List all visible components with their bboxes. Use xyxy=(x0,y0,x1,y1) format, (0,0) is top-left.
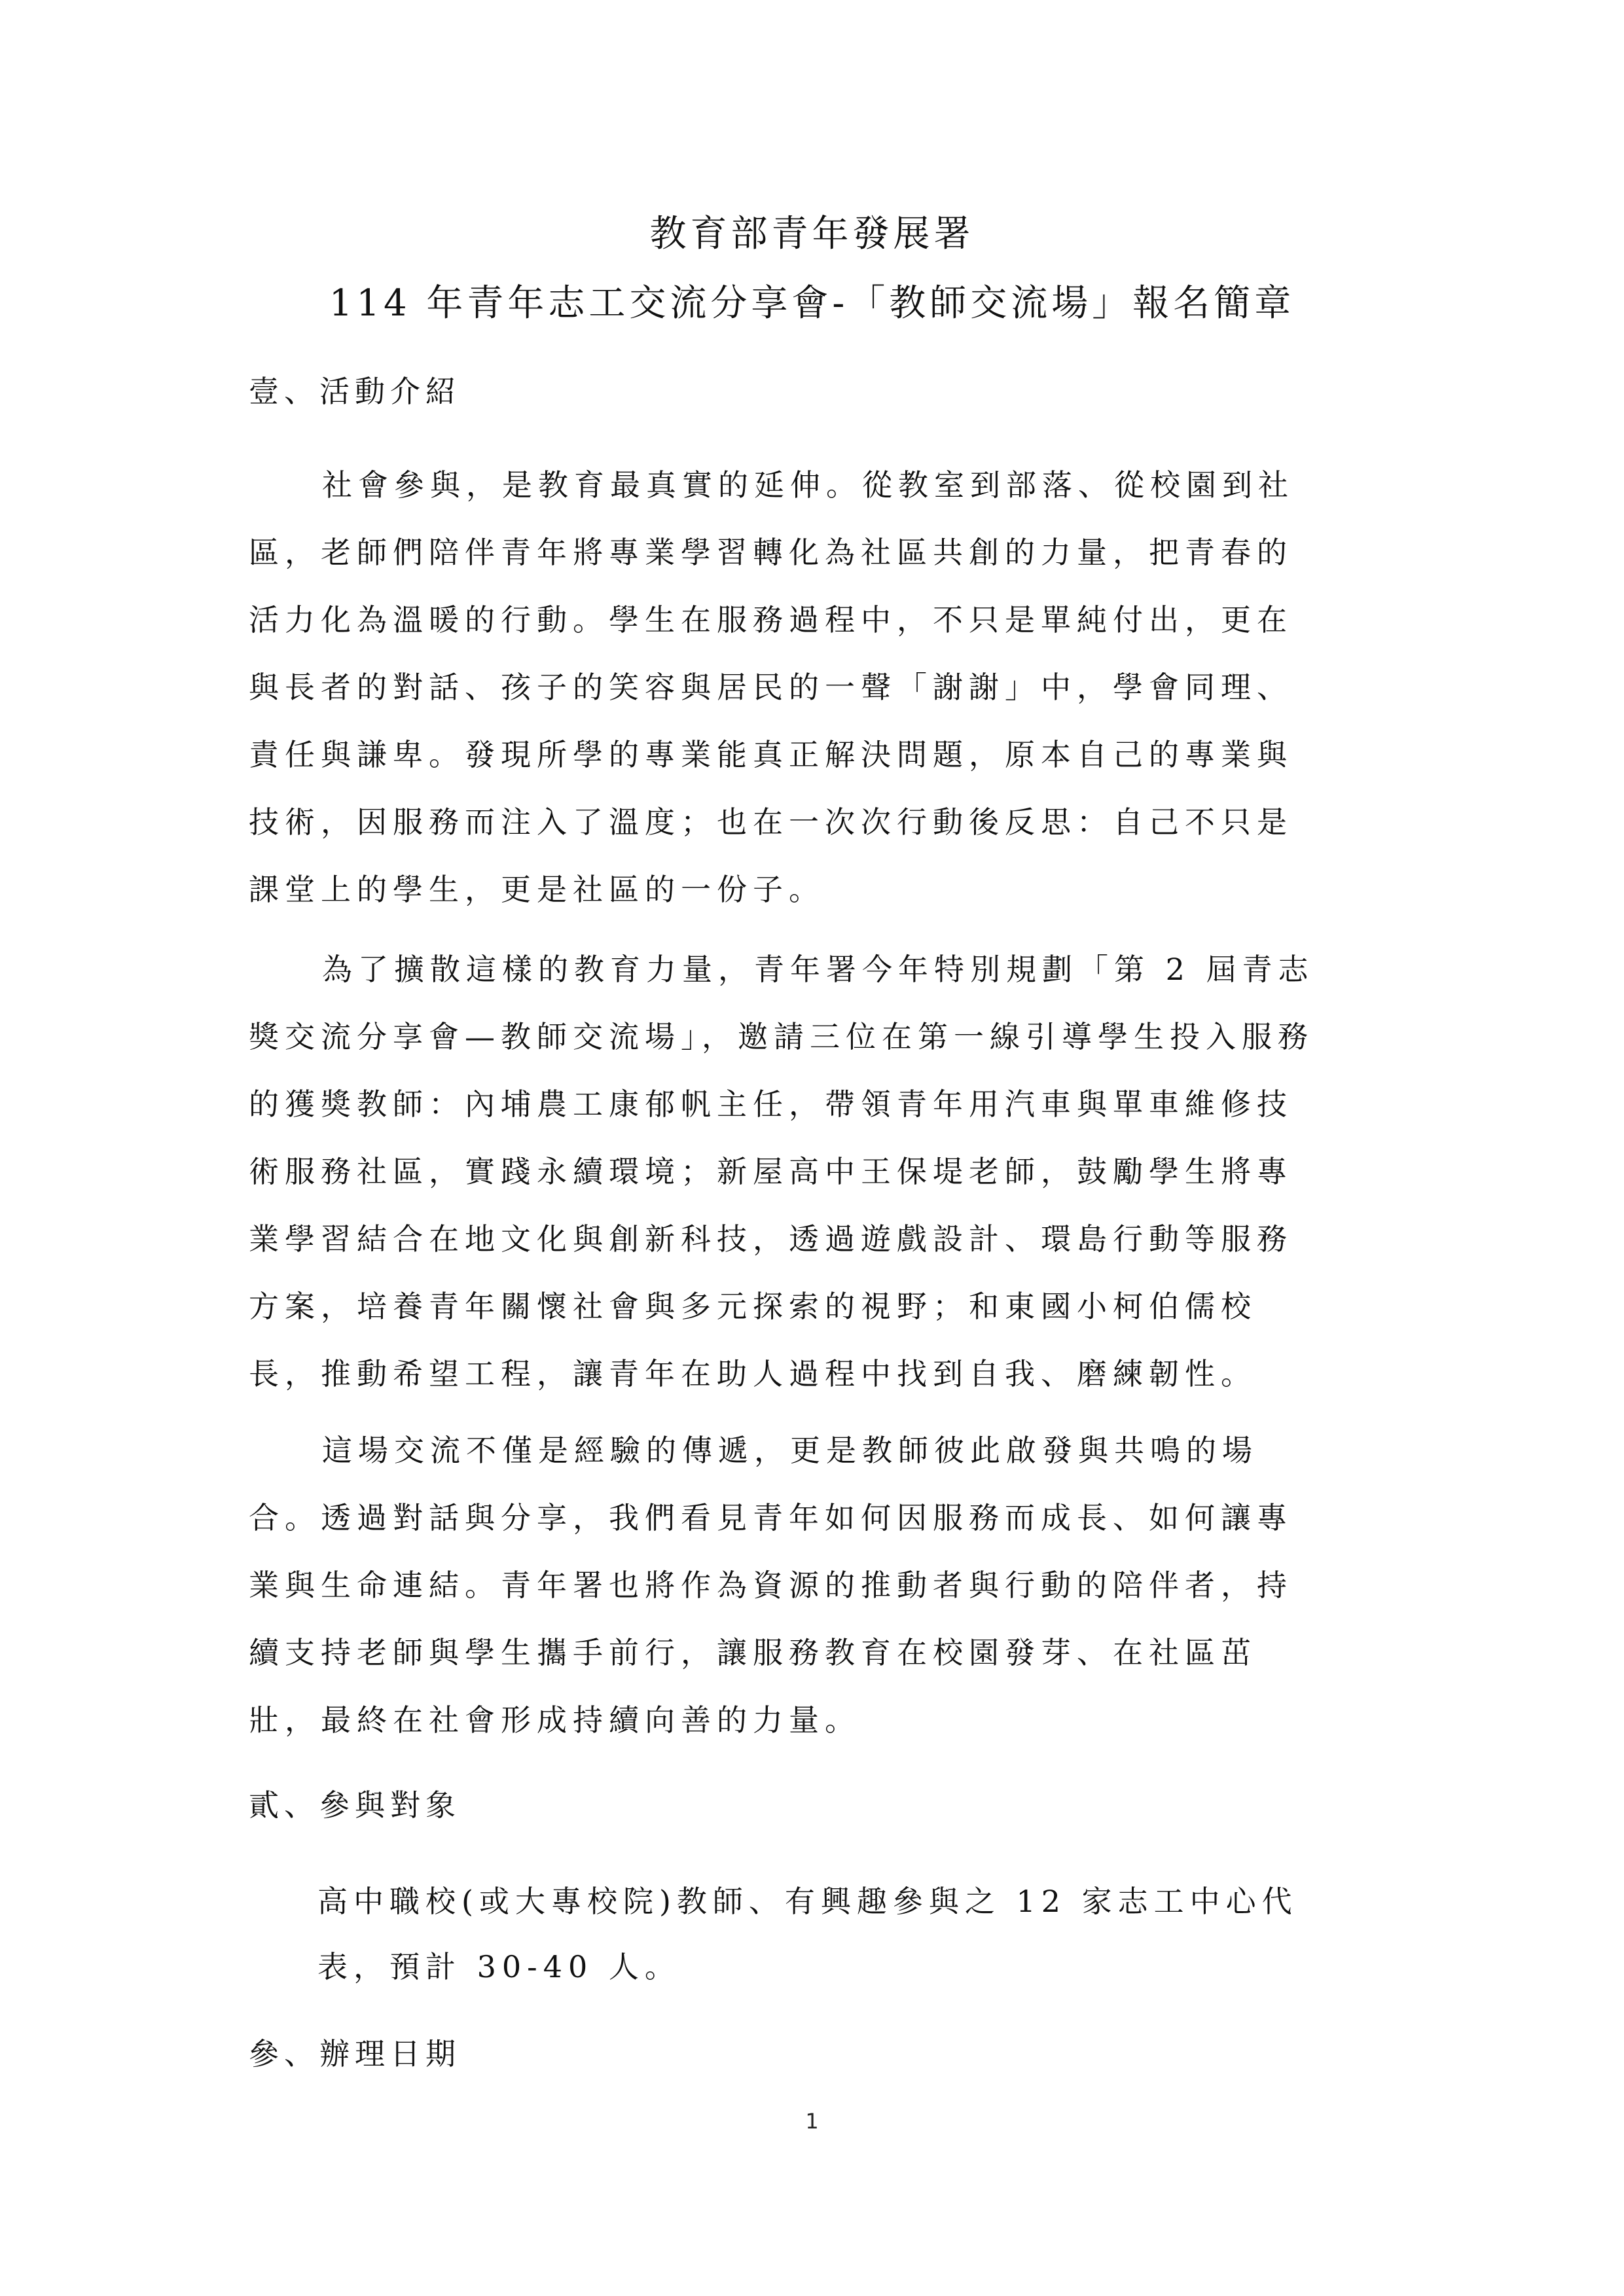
paragraph-line: 與長者的對話、孩子的笑容與居民的一聲「謝謝」中，學會同理、 xyxy=(249,654,1375,721)
paragraph-line: 壯，最終在社會形成持續向善的力量。 xyxy=(249,1687,1375,1754)
paragraph-line: 續支持老師與學生攜手前行，讓服務教育在校園發芽、在社區茁 xyxy=(249,1619,1375,1687)
paragraph-line: 獎交流分享會—教師交流場」，邀請三位在第一線引導學生投入服務 xyxy=(249,1003,1375,1071)
paragraph-line: 社會參與，是教育最真實的延伸。從教室到部落、從校園到社 xyxy=(249,452,1375,519)
paragraph-line: 合。透過對話與分享，我們看見青年如何因服務而成長、如何讓專 xyxy=(249,1484,1375,1552)
paragraph-line: 技術，因服務而注入了溫度；也在一次次行動後反思：自己不只是 xyxy=(249,789,1375,856)
paragraph-line: 的獲獎教師：內埔農工康郁帆主任，帶領青年用汽車與單車維修技 xyxy=(249,1071,1375,1138)
paragraph-line: 方案，培養青年關懷社會與多元探索的視野；和東國小柯伯儒校 xyxy=(249,1273,1375,1340)
paragraph-line: 這場交流不僅是經驗的傳遞，更是教師彼此啟發與共鳴的場 xyxy=(249,1417,1375,1484)
paragraph-line: 課堂上的學生，更是社區的一份子。 xyxy=(249,856,1375,924)
section-heading-activity-intro: 壹、活動介紹 xyxy=(249,376,461,406)
paragraph-line: 區，老師們陪伴青年將專業學習轉化為社區共創的力量，把青春的 xyxy=(249,519,1375,586)
paragraph-line: 責任與謙卑。發現所學的專業能真正解決問題，原本自己的專業與 xyxy=(249,721,1375,789)
section-heading-date: 參、辦理日期 xyxy=(249,2039,461,2069)
section-heading-participants: 貳、參與對象 xyxy=(249,1790,461,1820)
participants-line: 表，預計 30-40 人。 xyxy=(317,1934,1365,2000)
participants-description: 高中職校(或大專校院)教師、有興趣參與之 12 家志工中心代 表，預計 30-4… xyxy=(317,1869,1365,2000)
paragraph-line: 術服務社區，實踐永續環境；新屋高中王保堤老師，鼓勵學生將專 xyxy=(249,1138,1375,1206)
participants-line: 高中職校(或大專校院)教師、有興趣參與之 12 家志工中心代 xyxy=(317,1869,1365,1934)
intro-paragraph-2: 為了擴散這樣的教育力量，青年署今年特別規劃「第 2 屆青志 獎交流分享會—教師交… xyxy=(249,936,1375,1408)
page-number: 1 xyxy=(0,2109,1624,2134)
intro-paragraph-1: 社會參與，是教育最真實的延伸。從教室到部落、從校園到社 區，老師們陪伴青年將專業… xyxy=(249,452,1375,924)
paragraph-line: 長，推動希望工程，讓青年在助人過程中找到自我、磨練韌性。 xyxy=(249,1340,1375,1408)
paragraph-line: 業學習結合在地文化與創新科技，透過遊戲設計、環島行動等服務 xyxy=(249,1206,1375,1273)
intro-paragraph-3: 這場交流不僅是經驗的傳遞，更是教師彼此啟發與共鳴的場 合。透過對話與分享，我們看… xyxy=(249,1417,1375,1754)
document-page: 教育部青年發展署 114 年青年志工交流分享會-「教師交流場」報名簡章 壹、活動… xyxy=(0,0,1624,2296)
document-title-agency: 教育部青年發展署 xyxy=(0,216,1624,253)
paragraph-line: 業與生命連結。青年署也將作為資源的推動者與行動的陪伴者，持 xyxy=(249,1552,1375,1619)
paragraph-line: 活力化為溫暖的行動。學生在服務過程中，不只是單純付出，更在 xyxy=(249,586,1375,654)
document-title-event: 114 年青年志工交流分享會-「教師交流場」報名簡章 xyxy=(0,285,1624,322)
paragraph-line: 為了擴散這樣的教育力量，青年署今年特別規劃「第 2 屆青志 xyxy=(249,936,1375,1003)
